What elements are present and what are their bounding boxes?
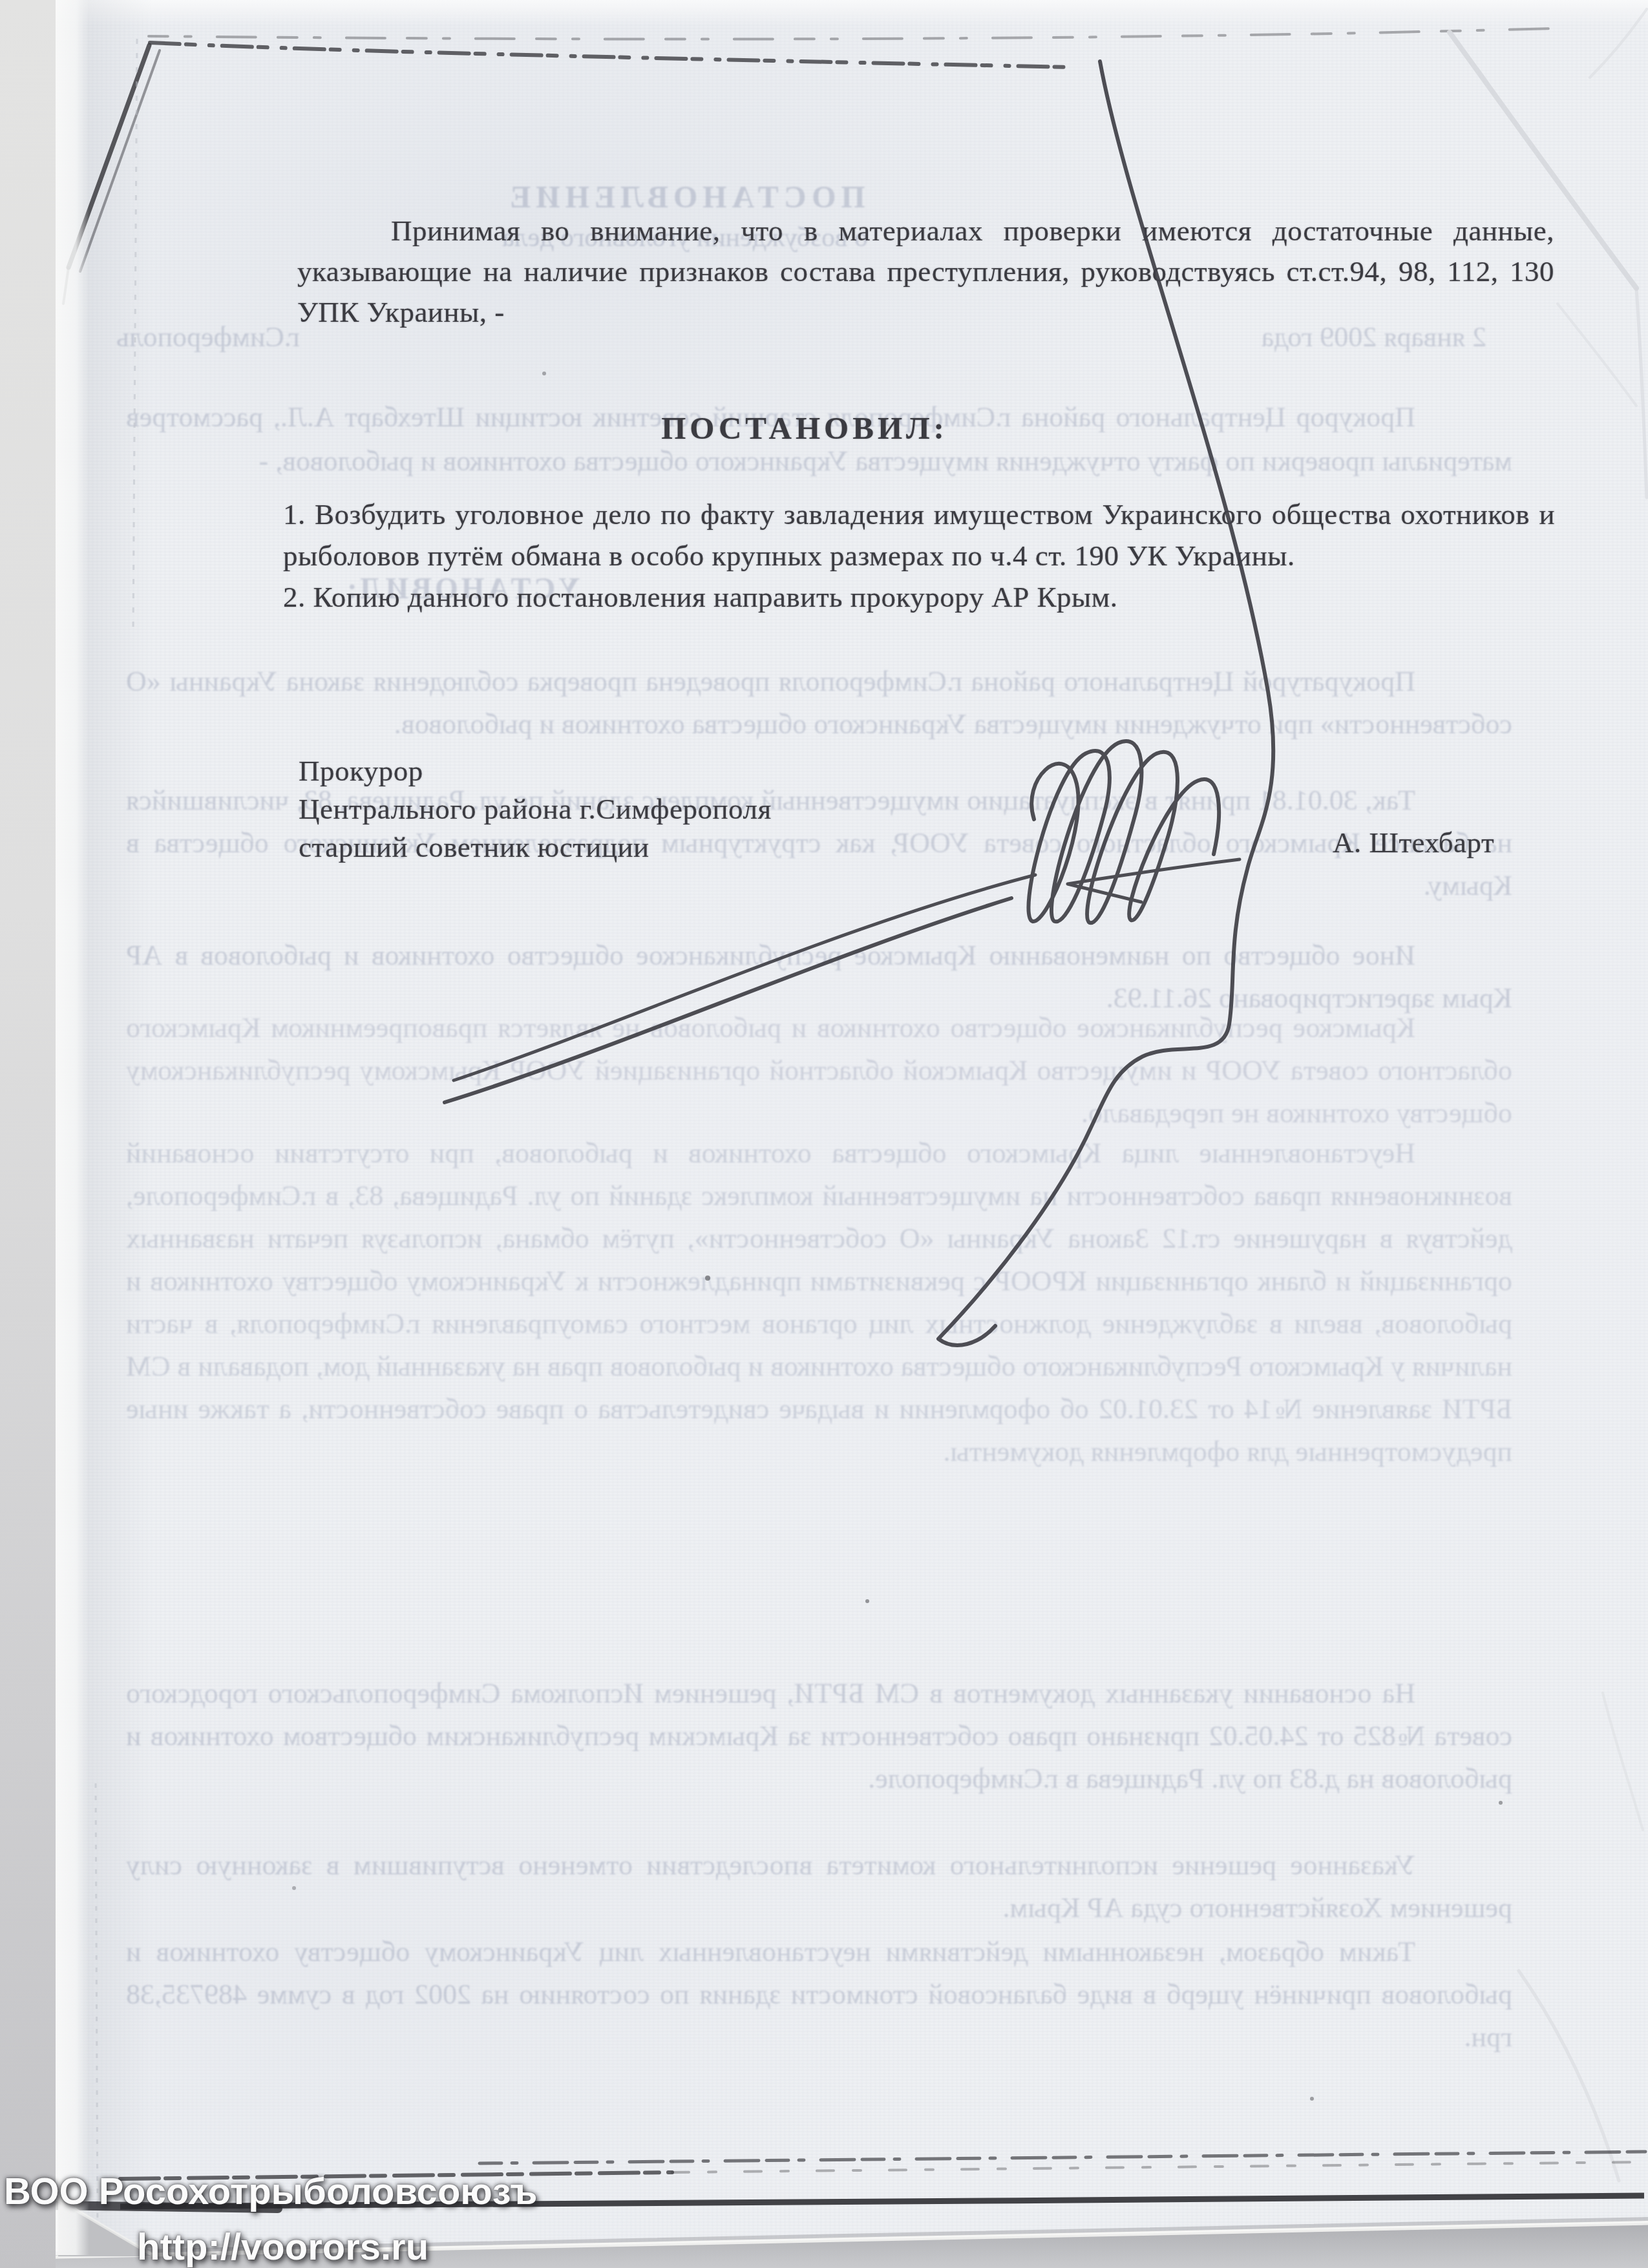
scanner-left-strip — [0, 0, 56, 2268]
handwritten-signature — [445, 61, 1273, 1345]
fold-crease-marks — [63, 28, 1554, 304]
page-edge-guidelines — [96, 39, 137, 2236]
watermark-site-name: ВОО Росохотрыболовсоюзъ — [4, 2170, 538, 2213]
scan-specks — [292, 372, 1503, 2101]
scanned-document-page: ПОСТАНОВЛЕНИЕ о возбуждении уголовного д… — [0, 0, 1648, 2268]
paper-left-edge-highlight — [56, 0, 89, 2255]
watermark-site-url: http://voorors.ru — [137, 2225, 428, 2268]
scan-artifacts-layer — [0, 0, 1648, 2268]
crease-top-right — [1450, 9, 1647, 2181]
